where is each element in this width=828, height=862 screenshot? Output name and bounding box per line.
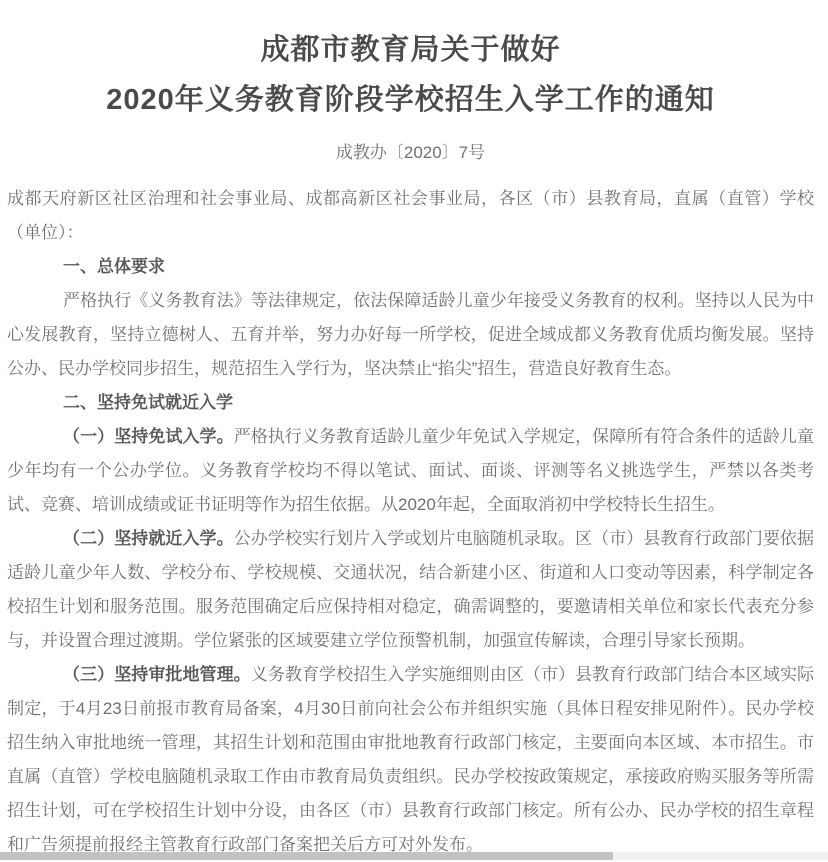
- section-2-item-3-lead: （三）坚持审批地管理。: [63, 665, 251, 684]
- document-number: 成教办〔2020〕7号: [7, 143, 814, 163]
- section-1-paragraph: 严格执行《义务教育法》等法律规定，依法保障适龄儿童少年接受义务教育的权利。坚持以…: [7, 284, 814, 386]
- document-title-line-2: 2020年义务教育阶段学校招生入学工作的通知: [7, 80, 814, 120]
- section-2-item-1: （一）坚持免试入学。严格执行义务教育适龄儿童少年免试入学规定，保障所有符合条件的…: [7, 420, 814, 522]
- section-2-item-3: （三）坚持审批地管理。义务教育学校招生入学实施细则由区（市）县教育行政部门结合本…: [7, 658, 814, 862]
- section-2-item-1-lead: （一）坚持免试入学。: [63, 427, 234, 446]
- document-title-line-1: 成都市教育局关于做好: [7, 0, 814, 70]
- document-body: 成都天府新区社区治理和社会事业局、成都高新区社会事业局，各区（市）县教育局，直属…: [7, 182, 814, 862]
- addressee-paragraph: 成都天府新区社区治理和社会事业局、成都高新区社会事业局，各区（市）县教育局，直属…: [7, 182, 814, 250]
- notice-document: 成都市教育局关于做好 2020年义务教育阶段学校招生入学工作的通知 成教办〔20…: [0, 0, 828, 862]
- horizontal-scrollbar[interactable]: [0, 852, 828, 860]
- section-2-item-2: （二）坚持就近入学。公办学校实行划片入学或划片电脑随机录取。区（市）县教育行政部…: [7, 522, 814, 658]
- section-2-heading: 二、坚持免试就近入学: [7, 386, 814, 420]
- section-1-heading: 一、总体要求: [7, 250, 814, 284]
- section-2-item-3-text: 义务教育学校招生入学实施细则由区（市）县教育行政部门结合本区域实际制定，于4月2…: [7, 665, 814, 854]
- document-page: 成都市教育局关于做好 2020年义务教育阶段学校招生入学工作的通知 成教办〔20…: [0, 0, 828, 862]
- horizontal-scrollbar-thumb[interactable]: [0, 852, 613, 860]
- section-2-item-2-lead: （二）坚持就近入学。: [63, 529, 234, 548]
